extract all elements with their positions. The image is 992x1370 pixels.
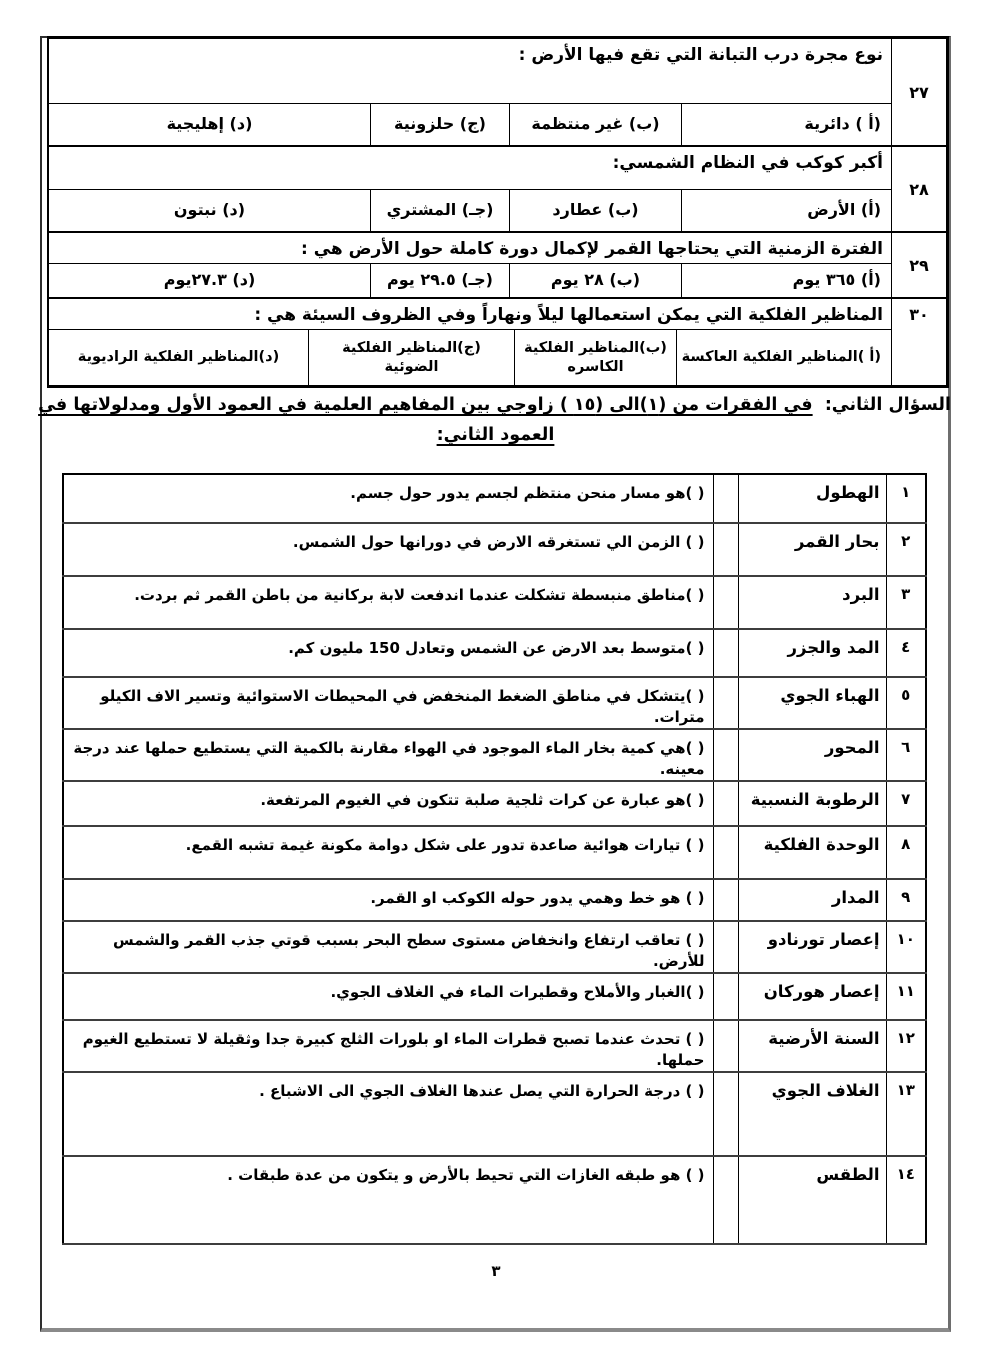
term-cell: البرد <box>738 576 886 629</box>
definition-cell: ( ) هو خط وهمي يدور حوله الكوكب او القمر… <box>63 879 713 921</box>
question-text: نوع مجرة درب التبانة التي تقع فيها الأرض… <box>48 39 891 104</box>
table-row: ٧ الرطوبة النسبية ( )هو عبارة عن كرات ثل… <box>63 781 926 826</box>
question-number: ٣٠ <box>892 299 947 386</box>
question-number: ٢٧ <box>892 39 947 146</box>
definition-cell: ( )مناطق منبسطة تشكلت عندما اندفعت لابة … <box>63 576 713 629</box>
option-c: (ج)المناظير الفلكية الضوئية <box>309 330 515 386</box>
option-b: (ب) غير منتظمة <box>510 104 682 146</box>
answer-cell <box>713 629 738 677</box>
option-b: (ب)المناظير الفلكية الكاسره <box>515 330 677 386</box>
definition-cell: ( )هي كمية بخار الماء الموجود في الهواء … <box>63 729 713 781</box>
option-c: (جـ) ٢٩.٥ يوم <box>371 264 510 298</box>
question-number: ٢٩ <box>892 233 947 298</box>
definition-cell: ( )الغبار والأملاح وقطيرات الماء في الغل… <box>63 973 713 1020</box>
row-number: ٣ <box>886 576 926 629</box>
term-cell: إعصار تورنادو <box>738 921 886 973</box>
definition-cell: ( ) درجة الحرارة التي يصل عندها الغلاف ا… <box>63 1072 713 1156</box>
table-row: ٣ البرد ( )مناطق منبسطة تشكلت عندما اندف… <box>63 576 926 629</box>
table-row: ١٤ الطقس ( ) هو طبقه الغازات التي تحيط ب… <box>63 1156 926 1244</box>
answer-cell <box>713 474 738 523</box>
option-d: (د) إهليجية <box>48 104 370 146</box>
option-d: (د) ٢٧.٣يوم <box>48 264 370 298</box>
option-a: (أ) الأرض <box>682 190 892 232</box>
term-cell: الطقس <box>738 1156 886 1244</box>
table-row: ١٠ إعصار تورنادو ( ) تعاقب ارتفاع وانخفا… <box>63 921 926 973</box>
term-cell: الوحدة الفلكية <box>738 826 886 879</box>
mcq-table: ٢٧ نوع مجرة درب التبانة التي تقع فيها ال… <box>47 36 949 388</box>
page-number: ٣ <box>0 1262 992 1280</box>
matching-table: ١ الهطول ( )هو مسار منحن منتظم لجسم يدور… <box>62 473 927 1245</box>
term-cell: إعصار هوركان <box>738 973 886 1020</box>
answer-cell <box>713 826 738 879</box>
answer-cell <box>713 1020 738 1072</box>
section2-title-body: في الفقرات من (١)الى (١٥ ) زاوجي بين الم… <box>38 395 813 415</box>
table-row: ٦ المحور ( )هي كمية بخار الماء الموجود ف… <box>63 729 926 781</box>
definition-cell: ( )هو عبارة عن كرات ثلجية صلبة تتكون في … <box>63 781 713 826</box>
answer-cell <box>713 523 738 576</box>
row-number: ٧ <box>886 781 926 826</box>
row-number: ١ <box>886 474 926 523</box>
mcq-question-30: ٣٠ المناظير الفلكية التي يمكن استعمالها … <box>48 298 947 386</box>
row-number: ٦ <box>886 729 926 781</box>
answer-cell <box>713 576 738 629</box>
section2-title-line1: السؤال الثاني: في الفقرات من (١)الى (١٥ … <box>40 392 951 418</box>
row-number: ١٣ <box>886 1072 926 1156</box>
question-text: المناظير الفلكية التي يمكن استعمالها ليل… <box>49 299 892 330</box>
row-number: ٨ <box>886 826 926 879</box>
answer-cell <box>713 1072 738 1156</box>
row-number: ١٠ <box>886 921 926 973</box>
definition-cell: ( ) الزمن الي تستغرقه الارض في دورانها ح… <box>63 523 713 576</box>
row-number: ٩ <box>886 879 926 921</box>
question-text: أكبر كوكب في النظام الشمسي: <box>48 147 891 190</box>
answer-cell <box>713 677 738 729</box>
table-row: ١١ إعصار هوركان ( )الغبار والأملاح وقطير… <box>63 973 926 1020</box>
option-a: (أ) ٣٦٥ يوم <box>682 264 892 298</box>
mcq-question-29: ٢٩ الفترة الزمنية التي يحتاجها القمر لإك… <box>48 232 947 298</box>
option-d: (د) نبتون <box>48 190 370 232</box>
table-row: ١٣ الغلاف الجوي ( ) درجة الحرارة التي يص… <box>63 1072 926 1156</box>
table-row: ٤ المد والجزر ( )متوسط بعد الارض عن الشم… <box>63 629 926 677</box>
question-number: ٢٨ <box>892 147 947 232</box>
definition-cell: ( ) تعاقب ارتفاع وانخفاض مستوى سطح البحر… <box>63 921 713 973</box>
definition-cell: ( ) تحدث عندما تصبح قطرات الماء او بلورا… <box>63 1020 713 1072</box>
answer-cell <box>713 729 738 781</box>
definition-cell: ( )هو مسار منحن منتظم لجسم يدور حول جسم. <box>63 474 713 523</box>
term-cell: بحار القمر <box>738 523 886 576</box>
mcq-question-28: ٢٨ أكبر كوكب في النظام الشمسي: (أ) الأرض… <box>48 146 947 232</box>
term-cell: الغلاف الجوي <box>738 1072 886 1156</box>
answer-cell <box>713 1156 738 1244</box>
row-number: ٢ <box>886 523 926 576</box>
row-number: ١٢ <box>886 1020 926 1072</box>
row-number: ٥ <box>886 677 926 729</box>
definition-cell: ( )متوسط بعد الارض عن الشمس وتعادل 150 م… <box>63 629 713 677</box>
section2-title-prefix: السؤال الثاني: <box>825 395 951 415</box>
row-number: ٤ <box>886 629 926 677</box>
answer-cell <box>713 879 738 921</box>
definition-cell: ( )يتشكل في مناطق الضغط المنخفض في المحي… <box>63 677 713 729</box>
term-cell: الرطوبة النسبية <box>738 781 886 826</box>
definition-cell: ( ) تيارات هوائية صاعدة تدور على شكل دوا… <box>63 826 713 879</box>
mcq-question-27: ٢٧ نوع مجرة درب التبانة التي تقع فيها ال… <box>48 38 947 146</box>
section2-title-line2: العمود الثاني: <box>437 425 555 445</box>
term-cell: الهطول <box>738 474 886 523</box>
term-cell: الهباء الجوي <box>738 677 886 729</box>
answer-cell <box>713 973 738 1020</box>
term-cell: المدار <box>738 879 886 921</box>
option-c: (ج) حلزونية <box>371 104 510 146</box>
question-text: الفترة الزمنية التي يحتاجها القمر لإكمال… <box>48 233 891 264</box>
definition-cell: ( ) هو طبقه الغازات التي تحيط بالأرض و ي… <box>63 1156 713 1244</box>
row-number: ١١ <box>886 973 926 1020</box>
option-c: (جـ) المشتري <box>371 190 510 232</box>
row-number: ١٤ <box>886 1156 926 1244</box>
term-cell: المد والجزر <box>738 629 886 677</box>
table-row: ٨ الوحدة الفلكية ( ) تيارات هوائية صاعدة… <box>63 826 926 879</box>
table-row: ٩ المدار ( ) هو خط وهمي يدور حوله الكوكب… <box>63 879 926 921</box>
option-a: (أ ) دائرية <box>682 104 892 146</box>
option-b: (ب) عطارد <box>510 190 682 232</box>
option-b: (ب) ٢٨ يوم <box>510 264 682 298</box>
table-row: ٢ بحار القمر ( ) الزمن الي تستغرقه الارض… <box>63 523 926 576</box>
table-row: ٥ الهباء الجوي ( )يتشكل في مناطق الضغط ا… <box>63 677 926 729</box>
term-cell: السنة الأرضية <box>738 1020 886 1072</box>
section2-header: السؤال الثاني: في الفقرات من (١)الى (١٥ … <box>40 392 951 449</box>
table-row: ١ الهطول ( )هو مسار منحن منتظم لجسم يدور… <box>63 474 926 523</box>
answer-cell <box>713 781 738 826</box>
answer-cell <box>713 921 738 973</box>
option-a: (أ )المناظير الفلكية العاكسة <box>677 330 892 386</box>
option-d: (د)المناظير الفلكية الراديوية <box>49 330 309 386</box>
exam-page: { "page": { "number_label": "٣" }, "mcq"… <box>0 0 992 1370</box>
term-cell: المحور <box>738 729 886 781</box>
table-row: ١٢ السنة الأرضية ( ) تحدث عندما تصبح قطر… <box>63 1020 926 1072</box>
